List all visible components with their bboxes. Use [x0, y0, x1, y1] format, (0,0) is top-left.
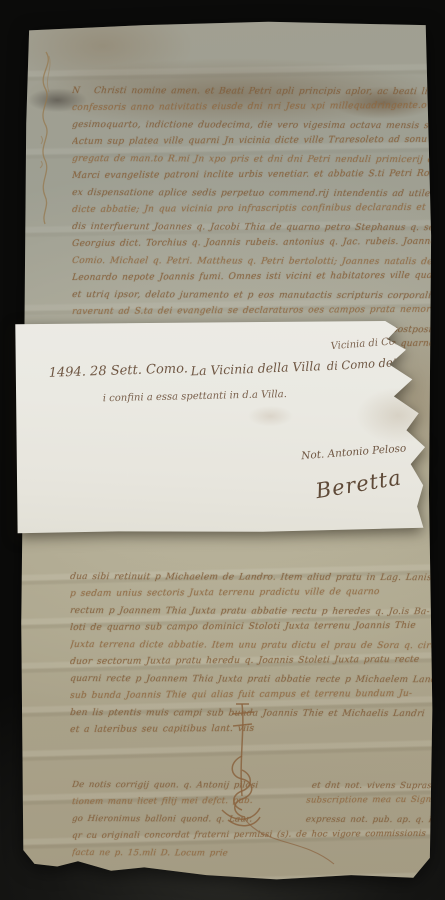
slip-corner-note: Vicinia di Como: [330, 335, 410, 352]
slip-title: La Vicinia della Villa: [190, 358, 321, 378]
slip-date-line: 1494. 28 Sett. Como.: [49, 361, 189, 380]
archival-slip: Vicinia di Como 1494. 28 Sett. Como. La …: [14, 320, 427, 534]
slip-signature: Beretta: [314, 465, 403, 503]
slip-title-continuation: di Como determin: [326, 353, 432, 373]
archival-slip-layer: Vicinia di Como 1494. 28 Sett. Como. La …: [0, 0, 445, 900]
slip-notary-line: Not. Antonio Peloso: [301, 442, 407, 462]
slip-subject-line: i confini a essa spettanti in d.a Villa.: [103, 389, 287, 404]
